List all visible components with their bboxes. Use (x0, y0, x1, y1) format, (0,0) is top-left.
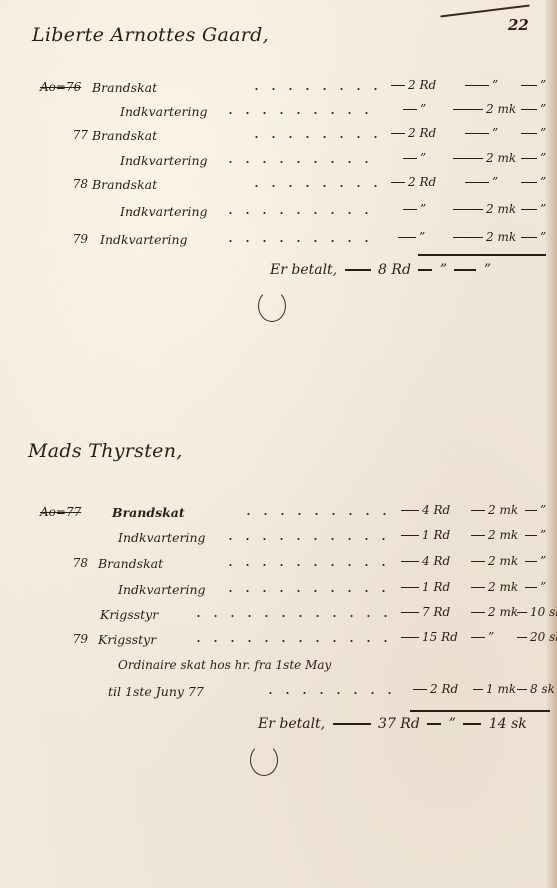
dotted-leader (248, 136, 383, 138)
row-amount-sk: ” (518, 230, 546, 244)
row-description: Indkvartering (120, 153, 208, 168)
ledger-row: 79 Krigsstyr 15 Rd ” 20 sk (0, 632, 557, 656)
row-description: Indkvartering (120, 104, 208, 119)
row-year: 77 (48, 128, 88, 142)
ledger-row: Ao=77 Brandskat 4 Rd 2 mk ” (0, 505, 557, 529)
row-amount-sk: ” (518, 102, 546, 116)
row-year: Ao=76 (40, 80, 80, 94)
dotted-leader (190, 640, 390, 642)
row-amount-sk: ” (522, 503, 546, 517)
dotted-leader (248, 185, 383, 187)
row-year: Ao=77 (40, 505, 80, 519)
total-rule (410, 710, 550, 712)
ledger-row: Indkvartering ” 2 mk ” (0, 104, 557, 128)
row-amount-rd: 2 Rd (388, 78, 436, 92)
row-amount-rd: 1 Rd (398, 528, 450, 542)
row-amount-rd: ” (395, 230, 425, 244)
row-amount-sk: 20 sk (514, 630, 557, 644)
dotted-leader (222, 161, 382, 163)
note-line-1: Ordinaire skat hos hr. fra 1ste May (118, 658, 331, 672)
ledger-row: Krigsstyr 7 Rd 2 mk 10 sk (0, 607, 557, 631)
row-amount-sk: ” (518, 202, 546, 216)
row-year: 78 (48, 177, 88, 191)
note-amount-mk: 1 mk (470, 682, 516, 696)
dotted-leader (222, 240, 382, 242)
row-amount-sk: ” (522, 554, 546, 568)
flourish-mark (250, 744, 278, 776)
ledger-row-note: til 1ste Juny 77 2 Rd 1 mk 8 sk (0, 684, 557, 708)
dotted-leader (222, 212, 382, 214)
note-amount-rd: 2 Rd (410, 682, 458, 696)
dotted-leader (222, 590, 390, 592)
row-amount-mk: 2 mk (468, 528, 518, 542)
row-description: Krigsstyr (98, 632, 156, 647)
manuscript-page: 22 Liberte Arnottes Gaard, Ao=76 Brandsk… (0, 0, 557, 888)
total-label: Er betalt, (270, 262, 337, 278)
section-2-heading-text: Mads Thyrsten, (28, 440, 183, 462)
ledger-row: 79 Indkvartering ” 2 mk ” (0, 232, 557, 256)
row-description: Indkvartering (118, 530, 206, 545)
row-description: Brandskat (112, 505, 185, 520)
dotted-leader (248, 88, 383, 90)
total-mk: ” (440, 262, 447, 278)
row-amount-mk: 2 mk (450, 102, 516, 116)
ledger-row: Indkvartering 1 Rd 2 mk ” (0, 582, 557, 606)
row-description: Brandskat (98, 556, 163, 571)
flourish-mark (258, 290, 286, 322)
row-amount-rd: 15 Rd (398, 630, 458, 644)
row-amount-mk: 2 mk (450, 202, 516, 216)
dotted-leader (222, 564, 390, 566)
row-description: Indkvartering (100, 232, 188, 247)
total-label: Er betalt, (258, 716, 325, 732)
total-rule (418, 254, 546, 256)
section-2-total: Er betalt, 37 Rd ” 14 sk (258, 716, 527, 732)
dotted-leader (240, 513, 390, 515)
row-amount-mk: ” (462, 78, 498, 92)
row-amount-mk: ” (462, 175, 498, 189)
total-mk: ” (449, 716, 456, 732)
section-1-heading: Liberte Arnottes Gaard, (32, 24, 269, 46)
total-rd: 8 Rd (378, 262, 411, 278)
row-amount-mk: 2 mk (468, 580, 518, 594)
row-year: 79 (48, 232, 88, 246)
row-amount-rd: ” (400, 102, 426, 116)
dotted-leader (222, 538, 390, 540)
row-amount-mk: ” (468, 630, 494, 644)
row-description: Krigsstyr (100, 607, 158, 622)
row-amount-sk: ” (518, 126, 546, 140)
row-amount-rd: 2 Rd (388, 126, 436, 140)
row-description: Brandskat (92, 177, 157, 192)
row-amount-mk: 2 mk (450, 151, 516, 165)
row-amount-rd: 1 Rd (398, 580, 450, 594)
total-rd: 37 Rd (378, 716, 420, 732)
ledger-row: Ao=76 Brandskat 2 Rd ” ” (0, 80, 557, 104)
dotted-leader (222, 112, 382, 114)
total-sk: 14 sk (489, 716, 527, 732)
section-1-heading-text: Liberte Arnottes Gaard, (32, 24, 269, 46)
dotted-leader (190, 615, 390, 617)
row-amount-mk: 2 mk (468, 605, 518, 619)
total-sk: ” (484, 262, 491, 278)
section-2-heading: Mads Thyrsten, (28, 440, 183, 462)
row-year: 78 (48, 556, 88, 570)
row-year: 79 (48, 632, 88, 646)
note-line-2: til 1ste Juny 77 (108, 684, 204, 699)
row-amount-mk: 2 mk (468, 503, 518, 517)
row-amount-mk: 2 mk (450, 230, 516, 244)
row-amount-rd: ” (400, 202, 426, 216)
note-amount-sk: 8 sk (514, 682, 555, 696)
row-amount-sk: ” (522, 528, 546, 542)
row-amount-sk: ” (518, 175, 546, 189)
row-amount-sk: ” (518, 151, 546, 165)
ledger-row: 77 Brandskat 2 Rd ” ” (0, 128, 557, 152)
row-amount-rd: 4 Rd (398, 554, 450, 568)
ledger-row: 78 Brandskat 4 Rd 2 mk ” (0, 556, 557, 580)
row-description: Indkvartering (120, 204, 208, 219)
dotted-leader (262, 692, 402, 694)
row-amount-rd: 7 Rd (398, 605, 450, 619)
row-amount-rd: 2 Rd (388, 175, 436, 189)
row-amount-mk: ” (462, 126, 498, 140)
row-amount-sk: ” (522, 580, 546, 594)
row-amount-mk: 2 mk (468, 554, 518, 568)
section-1-total: Er betalt, 8 Rd ” ” (270, 262, 491, 278)
ledger-row: Indkvartering ” 2 mk ” (0, 204, 557, 228)
row-amount-rd: 4 Rd (398, 503, 450, 517)
row-amount-rd: ” (400, 151, 426, 165)
folio-number: 22 (508, 16, 529, 34)
ledger-row: Indkvartering 1 Rd 2 mk ” (0, 530, 557, 554)
row-description: Indkvartering (118, 582, 206, 597)
row-amount-sk: 10 sk (514, 605, 557, 619)
ledger-row: Indkvartering ” 2 mk ” (0, 153, 557, 177)
row-amount-sk: ” (518, 78, 546, 92)
row-description: Brandskat (92, 80, 157, 95)
ledger-row: 78 Brandskat 2 Rd ” ” (0, 177, 557, 201)
row-description: Brandskat (92, 128, 157, 143)
